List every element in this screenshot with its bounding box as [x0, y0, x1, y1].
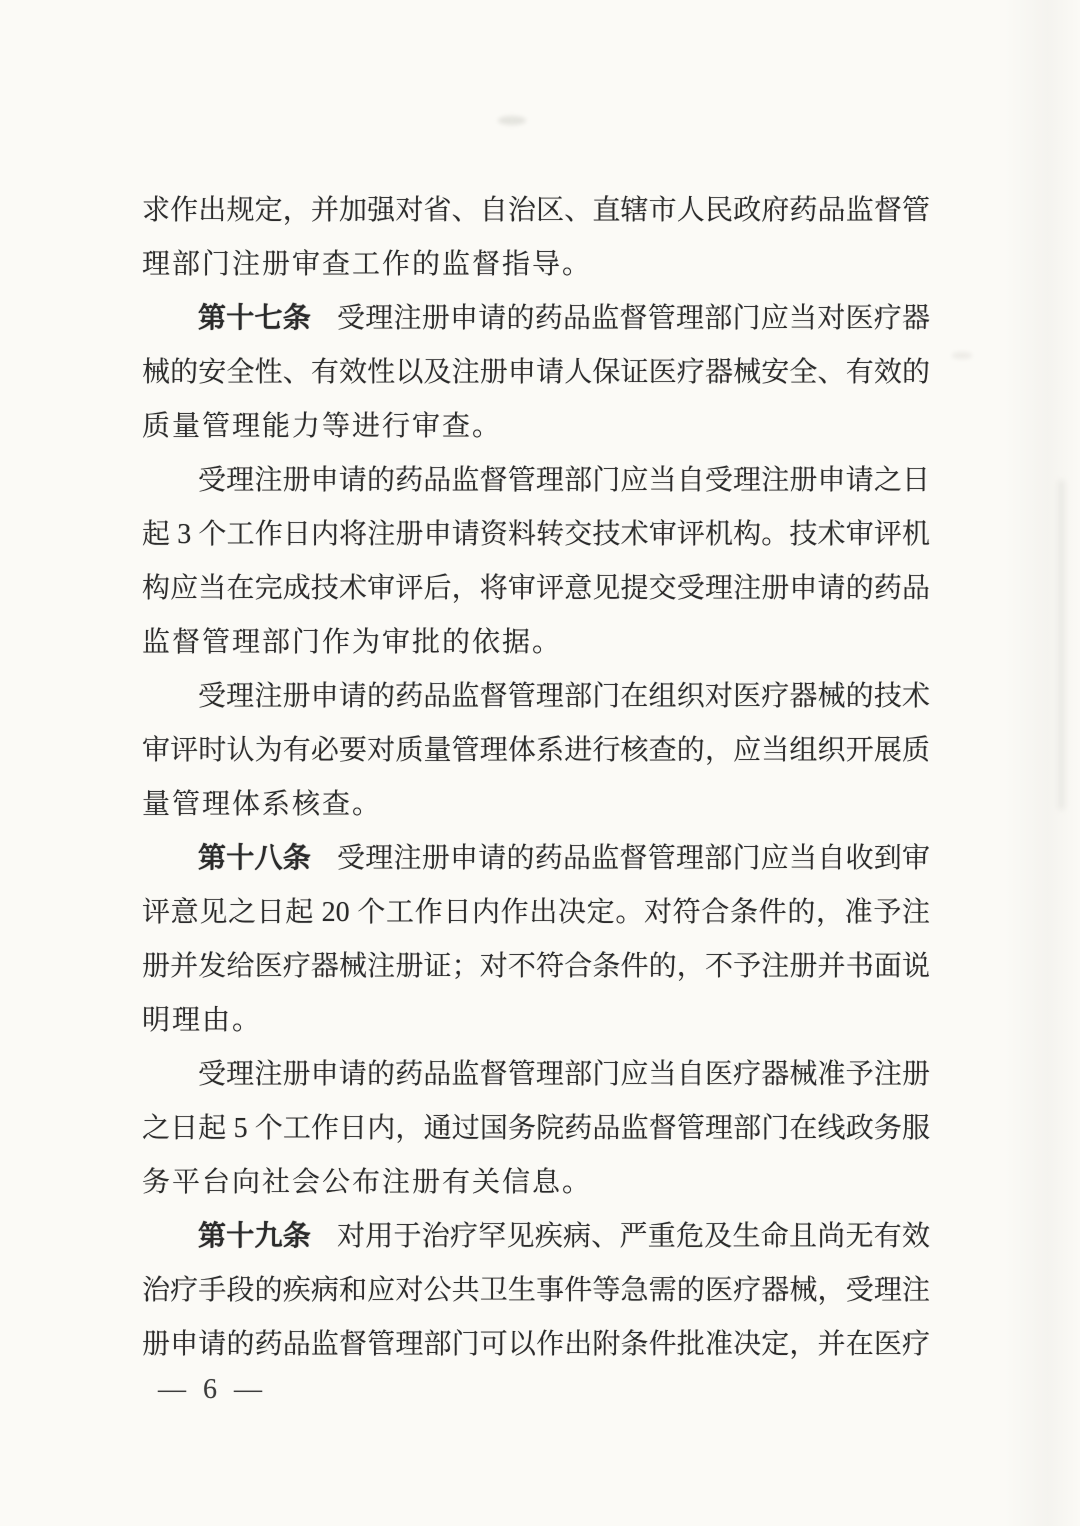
article-number: 第十八条	[198, 843, 311, 874]
document-body: 求作出规定，并加强对省、自治区、直辖市人民政府药品监督管理部门注册审查工作的监督…	[142, 184, 930, 1372]
text-line: 理部门注册审查工作的监督指导。	[142, 238, 930, 292]
text-line: 务平台向社会公布注册有关信息。	[142, 1156, 930, 1210]
text-line: 治疗手段的疾病和应对公共卫生事件等急需的医疗器械，受理注	[142, 1264, 930, 1318]
text-line: 起 3 个工作日内将注册申请资料转交技术审评机构。技术审评机	[142, 508, 930, 562]
text-line: 第十八条受理注册申请的药品监督管理部门应当自收到审	[142, 832, 930, 886]
text-line: 第十七条受理注册申请的药品监督管理部门应当对医疗器	[142, 292, 930, 346]
text-line: 监督管理部门作为审批的依据。	[142, 616, 930, 670]
text-line: 受理注册申请的药品监督管理部门应当自医疗器械准予注册	[142, 1048, 930, 1102]
document-page: 求作出规定，并加强对省、自治区、直辖市人民政府药品监督管理部门注册审查工作的监督…	[0, 0, 1080, 1526]
text-line: 受理注册申请的药品监督管理部门应当自受理注册申请之日	[142, 454, 930, 508]
text-line: 册申请的药品监督管理部门可以作出附条件批准决定，并在医疗	[142, 1318, 930, 1372]
article-text: 受理注册申请的药品监督管理部门应当自收到审	[337, 843, 930, 874]
article-text: 对用于治疗罕见疾病、严重危及生命且尚无有效	[337, 1221, 930, 1252]
text-line: 册并发给医疗器械注册证；对不符合条件的，不予注册并书面说	[142, 940, 930, 994]
text-line: 明理由。	[142, 994, 930, 1048]
article-number: 第十七条	[198, 303, 311, 334]
article-text: 受理注册申请的药品监督管理部门应当对医疗器	[337, 303, 930, 334]
text-line: 第十九条对用于治疗罕见疾病、严重危及生命且尚无有效	[142, 1210, 930, 1264]
text-line: 械的安全性、有效性以及注册申请人保证医疗器械安全、有效的	[142, 346, 930, 400]
text-line: 质量管理能力等进行审查。	[142, 400, 930, 454]
scan-smudge	[498, 116, 526, 125]
text-line: 审评时认为有必要对质量管理体系进行核查的，应当组织开展质	[142, 724, 930, 778]
page-number: — 6 —	[158, 1370, 267, 1410]
text-line: 量管理体系核查。	[142, 778, 930, 832]
text-line: 受理注册申请的药品监督管理部门在组织对医疗器械的技术	[142, 670, 930, 724]
article-number: 第十九条	[198, 1221, 311, 1252]
scan-smudge	[952, 352, 972, 359]
scan-smudge	[1058, 480, 1065, 810]
text-line: 评意见之日起 20 个工作日内作出决定。对符合条件的，准予注	[142, 886, 930, 940]
text-line: 构应当在完成技术审评后，将审评意见提交受理注册申请的药品	[142, 562, 930, 616]
text-line: 之日起 5 个工作日内，通过国务院药品监督管理部门在线政务服	[142, 1102, 930, 1156]
text-line: 求作出规定，并加强对省、自治区、直辖市人民政府药品监督管	[142, 184, 930, 238]
